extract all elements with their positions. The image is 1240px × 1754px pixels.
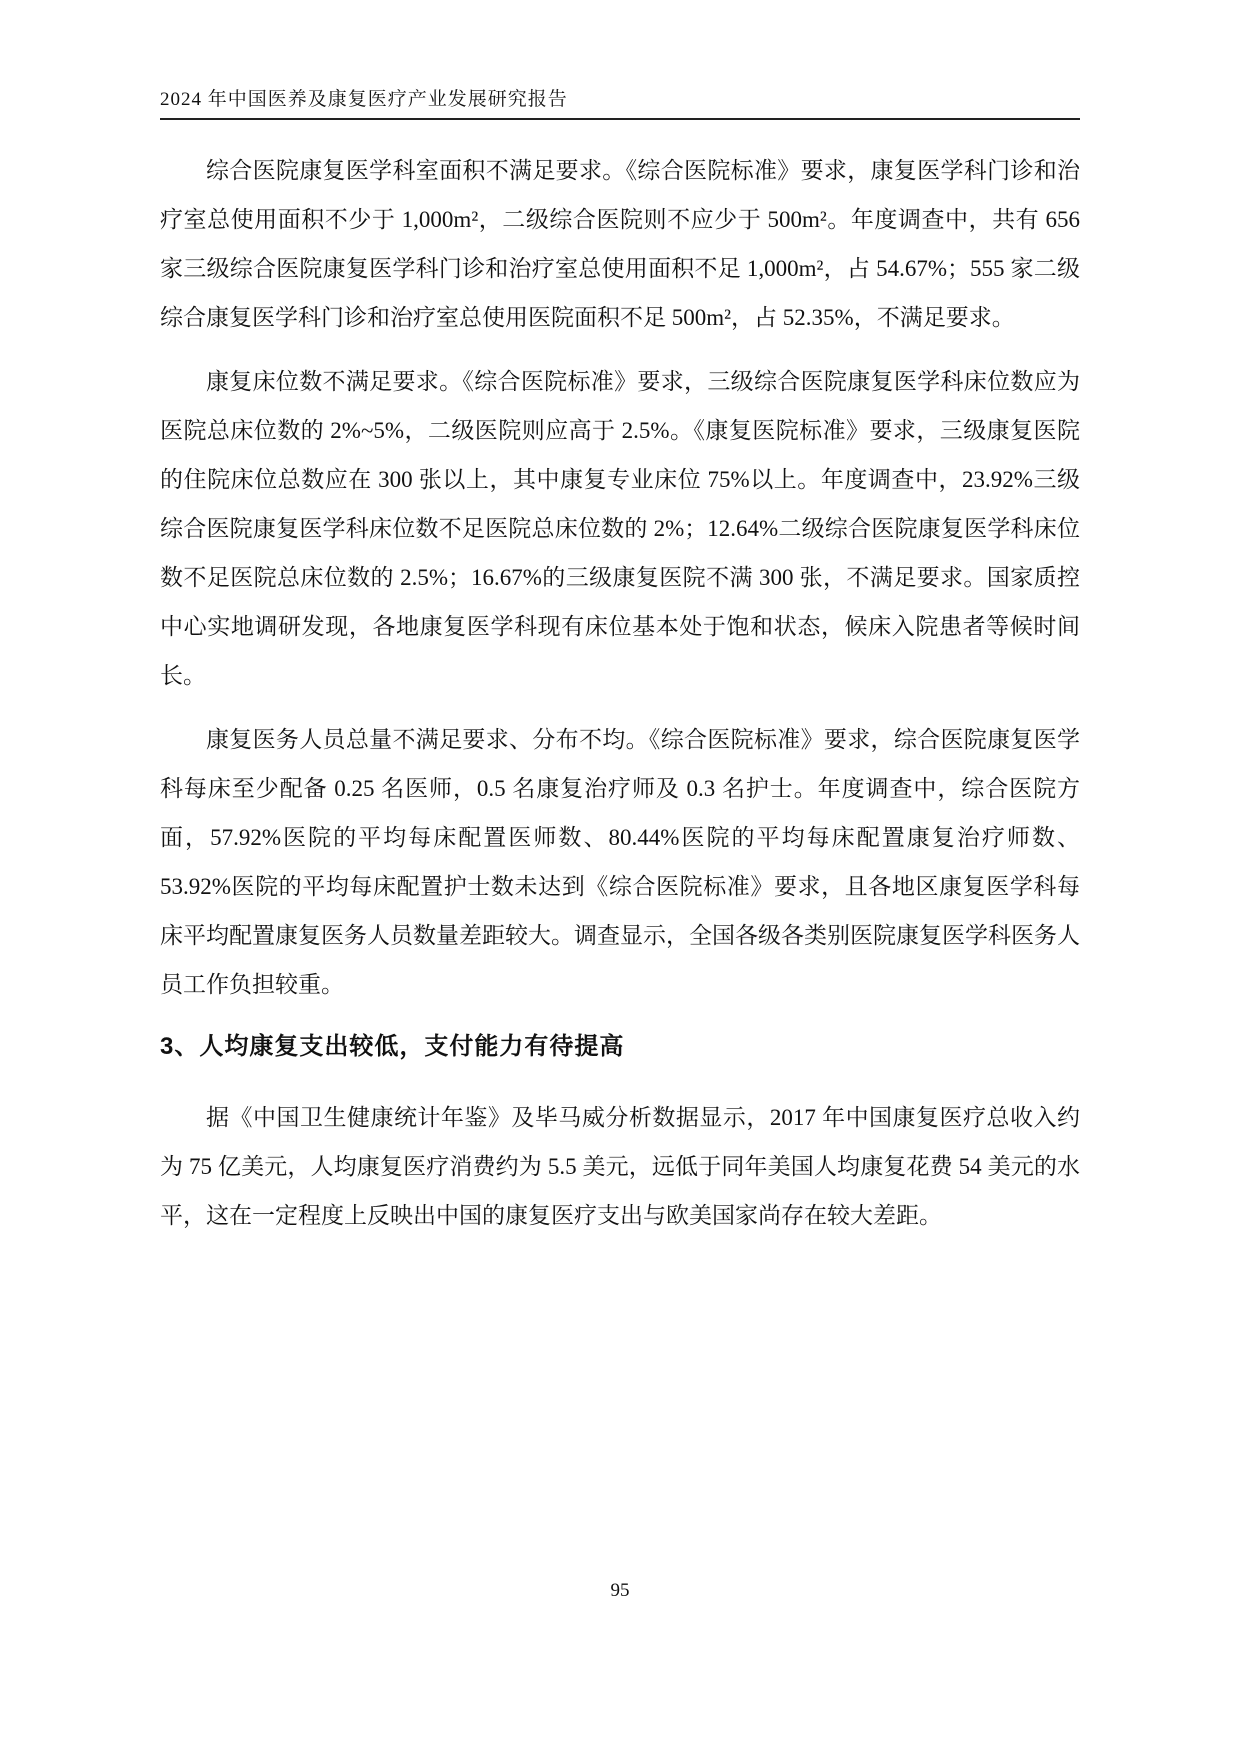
section-heading-3: 3、人均康复支出较低，支付能力有待提高 bbox=[160, 1031, 1080, 1063]
report-title: 2024 年中国医养及康复医疗产业发展研究报告 bbox=[160, 84, 1080, 111]
paragraph-dept-area-shortfall: 综合医院康复医学科室面积不满足要求。《综合医院标准》要求，康复医学科门诊和治疗室… bbox=[160, 146, 1080, 342]
paragraph-bed-count-shortfall: 康复床位数不满足要求。《综合医院标准》要求，三级综合医院康复医学科床位数应为医院… bbox=[160, 357, 1080, 700]
paragraph-per-capita-expenditure: 据《中国卫生健康统计年鉴》及毕马威分析数据显示，2017 年中国康复医疗总收入约… bbox=[160, 1093, 1080, 1240]
document-body: 综合医院康复医学科室面积不满足要求。《综合医院标准》要求，康复医学科门诊和治疗室… bbox=[160, 146, 1080, 1255]
document-page: 2024 年中国医养及康复医疗产业发展研究报告 综合医院康复医学科室面积不满足要… bbox=[0, 0, 1240, 1754]
page-footer: 95 bbox=[0, 1580, 1240, 1602]
paragraph-staffing-shortfall: 康复医务人员总量不满足要求、分布不均。《综合医院标准》要求，综合医院康复医学科每… bbox=[160, 715, 1080, 1009]
page-header: 2024 年中国医养及康复医疗产业发展研究报告 bbox=[160, 84, 1080, 120]
page-number: 95 bbox=[611, 1580, 630, 1601]
